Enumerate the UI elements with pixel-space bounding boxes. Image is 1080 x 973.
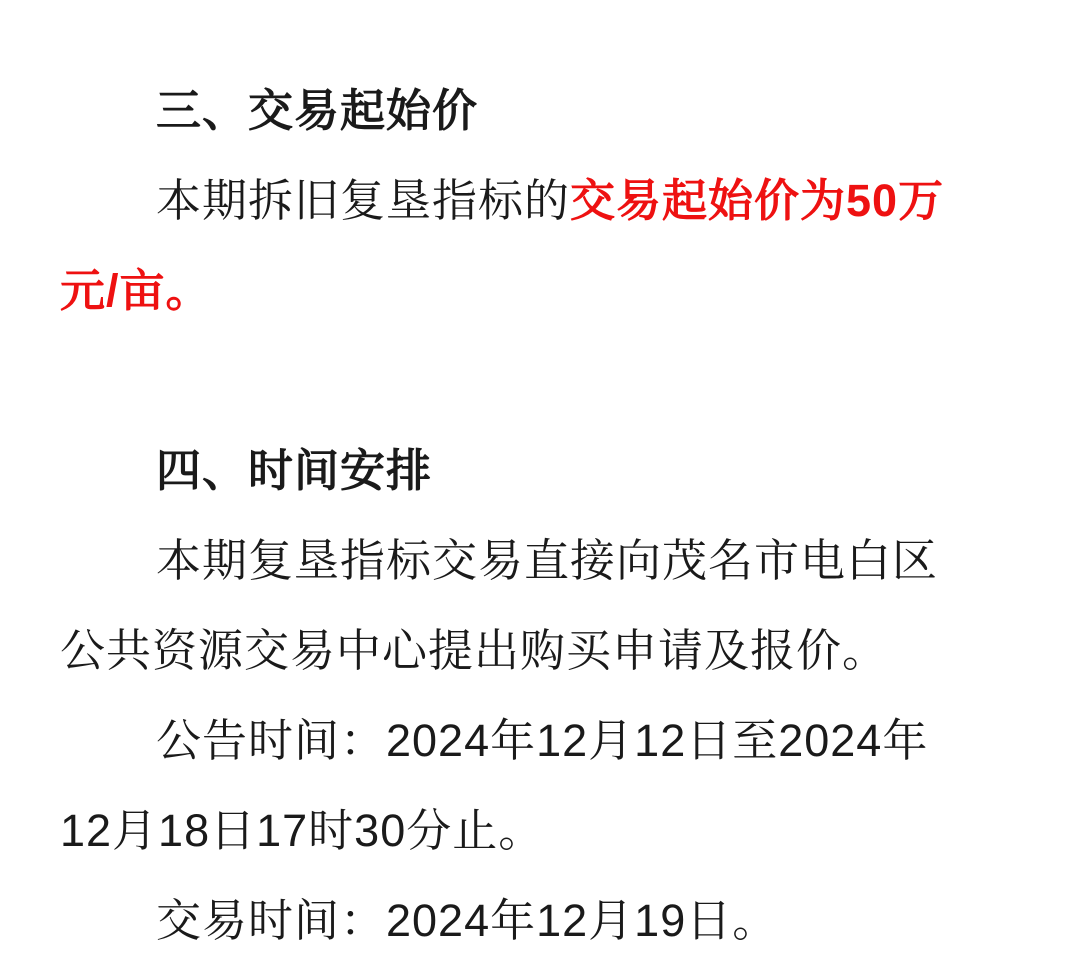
price-paragraph-line-2: 元/亩。 [60, 246, 1020, 336]
article-page: 三、交易起始价 本期拆旧复垦指标的交易起始价为50万 元/亩。 四、时间安排 本… [0, 0, 1080, 973]
price-highlight-text-part1: 交易起始价为50万 [570, 175, 944, 226]
article-body: 三、交易起始价 本期拆旧复垦指标的交易起始价为50万 元/亩。 四、时间安排 本… [0, 0, 1080, 973]
schedule-intro-line-2: 公共资源交易中心提出购买申请及报价。 [60, 606, 1020, 696]
announcement-time-line-1: 公告时间：2024年12月12日至2024年 [60, 696, 1020, 786]
price-highlight-text-part2: 元/亩。 [60, 265, 212, 316]
schedule-intro-line-1: 本期复垦指标交易直接向茂名市电白区 [60, 516, 1020, 606]
section-schedule-heading: 四、时间安排 [60, 426, 1020, 516]
trade-time-line: 交易时间：2024年12月19日。 [60, 876, 1020, 966]
section-price-heading: 三、交易起始价 [60, 66, 1020, 156]
price-intro-text: 本期拆旧复垦指标的 [156, 175, 570, 226]
price-paragraph-line-1: 本期拆旧复垦指标的交易起始价为50万 [60, 156, 1020, 246]
announcement-time-line-2: 12月18日17时30分止。 [60, 786, 1020, 876]
paragraph-gap [60, 336, 1020, 426]
